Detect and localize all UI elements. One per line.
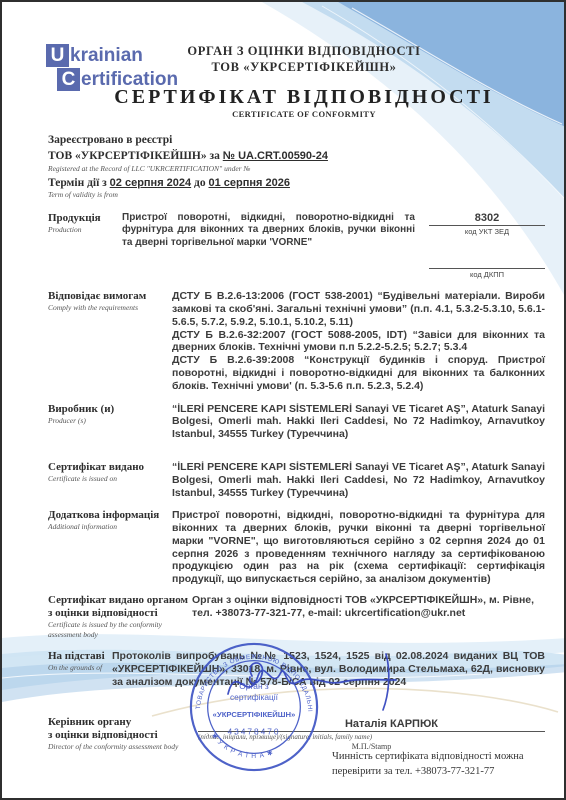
logo-line-1: Ukrainian bbox=[46, 44, 178, 67]
handwritten-signature bbox=[214, 646, 409, 718]
product-label: Продукція Production bbox=[48, 212, 122, 235]
producer-label: Виробник (и) Producer (s) bbox=[48, 403, 172, 426]
valid-from-date: 02 серпня 2024 bbox=[110, 177, 191, 189]
uktzed-code-value: 8302 bbox=[429, 212, 545, 226]
registration-block: Зареєстровано в реєстрі ТОВ «УКРСЕРТІФІК… bbox=[48, 134, 545, 200]
product-description: Пристрої поворотні, відкидні, поворотно-… bbox=[122, 212, 415, 249]
validity-line-en: Term of validity is from bbox=[48, 190, 545, 200]
additional-info-label-ua: Додаткова інформація bbox=[48, 509, 172, 522]
section-requirements: Відповідає вимогам Comply with the requi… bbox=[48, 290, 545, 392]
issued-by-label-ua: Сертифікат видано органом з оцінки відпо… bbox=[48, 594, 192, 620]
logo-c-block: C bbox=[57, 68, 80, 91]
section-producer: Виробник (и) Producer (s) “İLERİ PENCERE… bbox=[48, 403, 545, 441]
producer-text: “İLERİ PENCERE KAPI SİSTEMLERİ Sanayi VE… bbox=[172, 403, 545, 441]
valid-to-date: 01 серпня 2026 bbox=[208, 177, 289, 189]
ukrainian-certification-logo: Ukrainian Certification bbox=[46, 44, 178, 91]
issued-by-label: Сертифікат видано органом з оцінки відпо… bbox=[48, 594, 192, 639]
issued-by-text: Орган з оцінки відповідності ТОВ «УКРСЕР… bbox=[192, 594, 545, 620]
section-additional-info: Додаткова інформація Additional informat… bbox=[48, 509, 545, 586]
producer-label-ua: Виробник (и) bbox=[48, 403, 172, 416]
section-issued-on: Сертифікат видано Certificate is issued … bbox=[48, 461, 545, 499]
stamp-edrpou-code: 43478470 bbox=[228, 727, 281, 737]
director-label-en: Director of the conformity assessment bo… bbox=[48, 742, 198, 751]
uktzed-code-label: код УКТ ЗЕД bbox=[429, 227, 545, 236]
registry-number-line: ТОВ «УКРСЕРТІФІКЕЙШН» за № UA.CRT.00590-… bbox=[48, 150, 545, 164]
dkpp-code-label: код ДКПП bbox=[429, 270, 545, 279]
registry-owner-label: ТОВ «УКРСЕРТІФІКЕЙШН» за bbox=[48, 150, 220, 162]
logo-u-block: U bbox=[46, 44, 69, 67]
product-label-ua: Продукція bbox=[48, 212, 122, 225]
additional-info-text: Пристрої поворотні, відкидні, поворотно-… bbox=[172, 509, 545, 586]
issued-on-label-ua: Сертифікат видано bbox=[48, 461, 172, 474]
registered-in-registry-label: Зареєстровано в реєстрі bbox=[48, 134, 545, 148]
producer-label-en: Producer (s) bbox=[48, 416, 172, 425]
logo-krainian-text: krainian bbox=[70, 45, 143, 66]
product-label-en: Production bbox=[48, 225, 122, 234]
grounds-label-ua: На підставі bbox=[48, 650, 112, 663]
section-product: Продукція Production Пристрої поворотні,… bbox=[48, 212, 545, 284]
director-label-ua: Керівник органу з оцінки відповідності bbox=[48, 716, 198, 742]
logo-line-2: Certification bbox=[57, 68, 178, 91]
issued-on-label: Сертифікат видано Certificate is issued … bbox=[48, 461, 172, 484]
issued-on-label-en: Certificate is issued on bbox=[48, 474, 172, 483]
verify-note: Чинність сертифіката відповідності можна… bbox=[332, 750, 548, 779]
issued-by-label-en: Certificate is issued by the conformity … bbox=[48, 620, 192, 639]
director-label: Керівник органу з оцінки відповідності D… bbox=[48, 716, 198, 752]
grounds-label-en: On the grounds of bbox=[48, 663, 112, 672]
certificate-number: № UA.CRT.00590-24 bbox=[223, 150, 328, 162]
logo-ertification-text: ertification bbox=[81, 69, 178, 90]
requirements-label-ua: Відповідає вимогам bbox=[48, 290, 172, 303]
registry-line-en: Registered at the Record of LLC "UKRCERT… bbox=[48, 164, 545, 174]
dkpp-code-line bbox=[429, 236, 545, 269]
product-codes: 8302 код УКТ ЗЕД код ДКПП bbox=[429, 212, 545, 279]
requirements-text: ДСТУ Б В.2.6-13:2006 (ГОСТ 538-2001) “Бу… bbox=[172, 290, 545, 392]
validity-line: Термін дії з 02 серпня 2024 до 01 серпня… bbox=[48, 177, 545, 191]
requirements-label-en: Comply with the requirements bbox=[48, 303, 172, 312]
additional-info-label-en: Additional information bbox=[48, 522, 172, 531]
grounds-label: На підставі On the grounds of bbox=[48, 650, 112, 673]
additional-info-label: Додаткова інформація Additional informat… bbox=[48, 509, 172, 532]
requirements-label: Відповідає вимогам Comply with the requi… bbox=[48, 290, 172, 313]
certificate-subtitle-en: CERTIFICATE OF CONFORMITY bbox=[114, 109, 494, 119]
issued-on-text: “İLERİ PENCERE KAPI SİSTEMLERİ Sanayi VE… bbox=[172, 461, 545, 499]
certificate-page: Ukrainian Certification ОРГАН З ОЦІНКИ В… bbox=[0, 0, 566, 800]
section-issued-by: Сертифікат видано органом з оцінки відпо… bbox=[48, 594, 545, 639]
valid-to-label: до bbox=[194, 177, 206, 189]
validity-prefix-label: Термін дії з bbox=[48, 177, 107, 189]
